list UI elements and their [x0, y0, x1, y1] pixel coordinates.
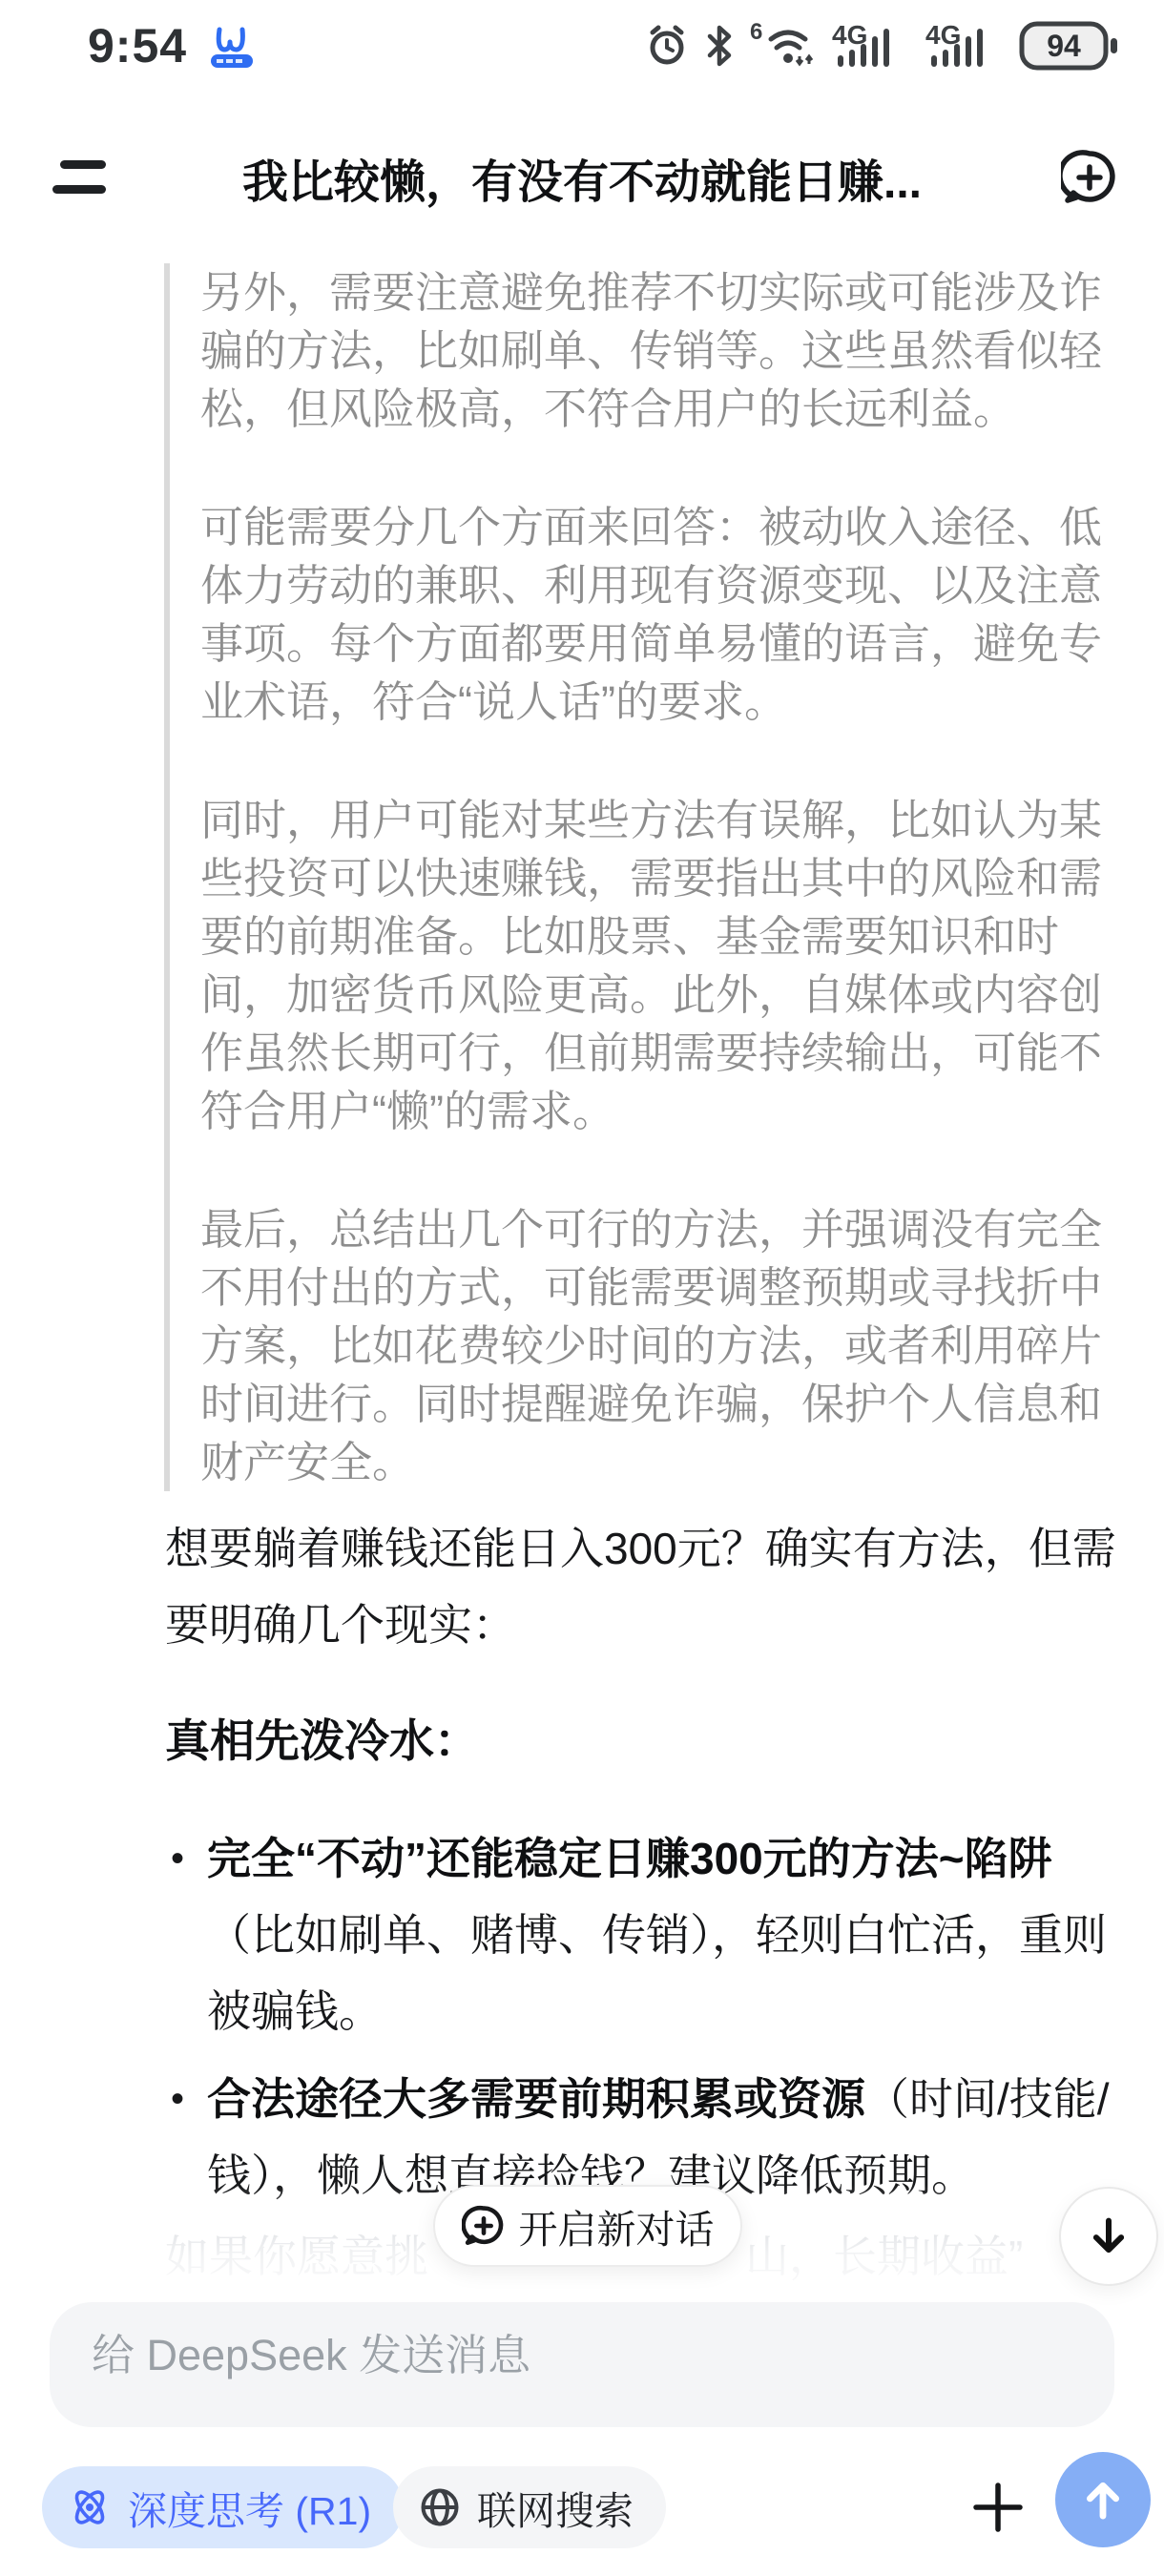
send-button[interactable]: [1055, 2452, 1151, 2547]
hamburger-icon: [60, 160, 106, 169]
clock-time: 9:54: [88, 18, 187, 73]
new-chat-button[interactable]: [1061, 149, 1118, 206]
reasoning-paragraph: 同时，用户可能对某些方法有误解，比如认为某些投资可以快速赚钱，需要指出其中的风险…: [200, 791, 1128, 1140]
reasoning-quote-block: 另外，需要注意避免推荐不切实际或可能涉及诈骗的方法，比如刷单、传销等。这些虽然看…: [164, 263, 1128, 1491]
start-new-dialog-button[interactable]: 开启新对话: [433, 2185, 742, 2267]
list-item: •完全“不动”还能稳定日赚300元的方法~陷阱（比如刷单、赌博、传销），轻则白忙…: [165, 1820, 1131, 2049]
bullet-bold-text: 完全“不动”还能稳定日赚300元的方法~陷阱: [207, 1834, 1052, 1883]
globe-icon: [418, 2485, 462, 2529]
bullet-text: （比如刷单、赌博、传销），轻则白忙活，重则被骗钱。: [207, 1910, 1107, 2036]
chat-header: 我比较懒，有没有不动就能日赚...: [0, 132, 1164, 223]
bullet-marker: •: [171, 1820, 184, 1897]
bluetooth-icon: [702, 24, 737, 68]
message-input-placeholder: 给 DeepSeek 发送消息: [92, 2327, 1076, 2384]
answer-intro: 想要躺着赚钱还能日入300元？确实有方法，但需要明确几个现实：: [165, 1510, 1131, 1663]
bullet-bold-text: 合法途径大多需要前期积累或资源: [207, 2074, 865, 2124]
plus-icon: [971, 2481, 1025, 2534]
web-search-toggle[interactable]: 联网搜索: [393, 2466, 666, 2548]
deep-think-toggle[interactable]: 深度思考 (R1): [42, 2466, 404, 2548]
conversation-title: 我比较懒，有没有不动就能日赚...: [0, 145, 1164, 211]
deep-think-label: 深度思考 (R1): [128, 2480, 371, 2536]
alarm-icon: [645, 24, 689, 68]
start-new-dialog-label: 开启新对话: [519, 2198, 715, 2254]
composer-toolbar: 深度思考 (R1) 联网搜索: [0, 2448, 1164, 2553]
atom-icon: [67, 2484, 113, 2530]
web-search-label: 联网搜索: [477, 2480, 634, 2536]
answer-section-heading: 真相先泼冷水：: [165, 1703, 1131, 1779]
chat-bubble-plus-icon: [1061, 149, 1118, 206]
cellular-signal-icon-2: 4G: [925, 21, 1006, 71]
arrow-up-icon: [1079, 2476, 1127, 2524]
cellular-signal-icon-1: 4G: [832, 21, 912, 71]
battery-icon: 94: [1019, 19, 1118, 73]
notification-app-icon: [204, 16, 260, 76]
wifi6-icon: 6: [750, 22, 819, 70]
svg-text:94: 94: [1047, 29, 1081, 63]
scroll-to-bottom-button[interactable]: [1059, 2187, 1158, 2286]
attach-button[interactable]: [971, 2481, 1025, 2534]
svg-text:6: 6: [750, 22, 762, 45]
chat-bubble-plus-icon: [462, 2204, 506, 2248]
reasoning-paragraph: 最后，总结出几个可行的方法，并强调没有完全不用付出的方式，可能需要调整预期或寻找…: [200, 1200, 1128, 1491]
reasoning-paragraph: 另外，需要注意避免推荐不切实际或可能涉及诈骗的方法，比如刷单、传销等。这些虽然看…: [200, 263, 1128, 438]
status-bar: 9:54 6: [0, 0, 1164, 92]
reasoning-paragraph: 可能需要分几个方面来回答：被动收入途径、低体力劳动的兼职、利用现有资源变现、以及…: [200, 498, 1128, 731]
arrow-down-icon: [1086, 2213, 1132, 2259]
message-input[interactable]: 给 DeepSeek 发送消息: [50, 2302, 1114, 2427]
answer-bullet-list: •完全“不动”还能稳定日赚300元的方法~陷阱（比如刷单、赌博、传销），轻则白忙…: [165, 1820, 1131, 2225]
bullet-marker: •: [171, 2061, 184, 2137]
menu-button[interactable]: [52, 156, 110, 198]
